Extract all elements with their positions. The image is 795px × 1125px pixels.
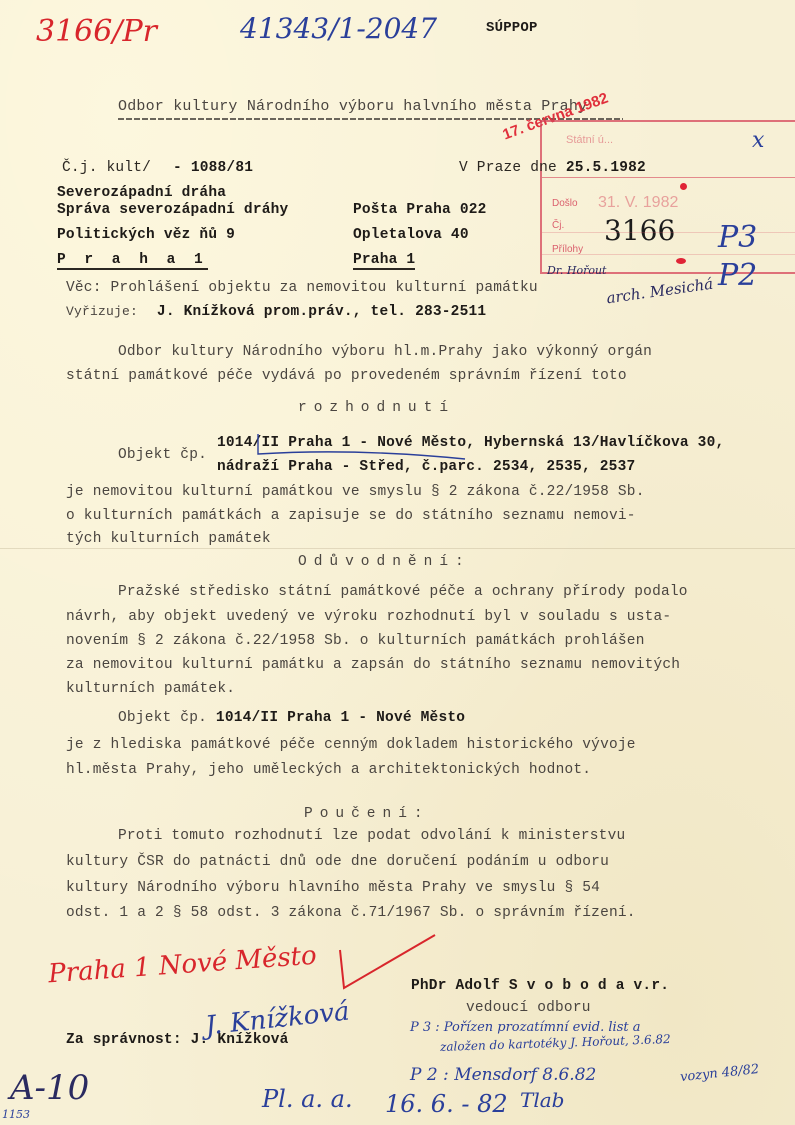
small-reference: 1153 (2, 1108, 30, 1121)
subject-text: Prohlášení objektu za nemovitou kulturní… (111, 280, 538, 296)
case-ref-number: - 1088/81 (173, 160, 253, 176)
ink-blot (676, 258, 686, 264)
decision-line-3: tých kulturních památek (66, 531, 271, 547)
instruction-line-3: kultury Národního výboru hlavního města … (66, 880, 600, 896)
addressee-line-2: Správa severozápadní dráhy (57, 202, 288, 218)
instruction-line-2: kultury ČSR do patnácti dnů ode dne doru… (66, 854, 609, 870)
post-line-3: Praha 1 (353, 252, 415, 270)
stamp-divider (542, 177, 795, 178)
blue-mark-x: x (752, 128, 764, 153)
decision-heading: rozhodnutí (298, 400, 455, 416)
post-line-1: Pošta Praha 022 (353, 202, 487, 218)
case-ref-prefix: Č.j. kult/ (62, 160, 151, 176)
instruction-heading: Poučení: (304, 806, 430, 822)
ink-blot (680, 183, 687, 190)
organization-stamp-text: SÚPPOP (486, 20, 538, 36)
reason-line-5: kulturních památek. (66, 681, 235, 697)
stamp-cj-label: Čj. (552, 220, 564, 231)
place-date-prefix: V Praze dne (459, 160, 557, 176)
object-label: Objekt čp. (118, 447, 207, 463)
object-repeat-value: 1014/II Praha 1 - Nové Město (216, 710, 465, 726)
post-line-2: Opletalova 40 (353, 227, 469, 243)
handler-label: Vyřizuje: (66, 304, 138, 319)
object-repeat-label: Objekt čp. (118, 710, 207, 726)
addressee-line-4: P r a h a 1 (57, 252, 208, 270)
stamp-received-date: 31. V. 1982 (598, 194, 678, 212)
intro-line-1: Odbor kultury Národního výboru hl.m.Prah… (118, 344, 652, 360)
bottom-date: 16. 6. - 82 (385, 1090, 508, 1118)
decision-line-2: o kulturních památkách a zapisuje se do … (66, 508, 636, 524)
red-reference-number: 3166/Pr (36, 14, 157, 49)
reason-line-3: novením § 2 zákona č.22/1958 Sb. o kultu… (66, 633, 645, 649)
handwritten-dr-name: Dr. Hořout (547, 264, 606, 277)
reason-line-1: Pražské středisko státní památkové péče … (118, 584, 688, 600)
reason-heading: Odůvodnění: (298, 554, 471, 570)
blue-mark-p2: P2 (718, 258, 757, 293)
bottom-initials: Pl. a. a. (262, 1085, 353, 1113)
addressee-line-3: Politických věz ňů 9 (57, 227, 235, 243)
stamp-received-label: Došlo (552, 198, 578, 209)
bottom-signature: Tlab (520, 1088, 564, 1112)
stamp-office-label: Státní ú... (566, 134, 613, 146)
p3-note-line-1: P 3 : Pořízen prozatímní evid. list a (410, 1020, 640, 1035)
subject-line: Věc: Prohlášení objektu za nemovitou kul… (66, 280, 538, 296)
place-date: V Praze dne 25.5.1982 (459, 160, 646, 176)
handler-line: Vyřizuje: J. Knížková prom.práv., tel. 2… (66, 304, 486, 320)
decision-line-1: je nemovitou kulturní památkou ve smyslu… (66, 484, 645, 500)
p2-note: P 2 : Mensdorf 8.6.82 (410, 1065, 596, 1085)
object-repeat: Objekt čp. 1014/II Praha 1 - Nové Město (118, 710, 465, 726)
document-header: Odbor kultury Národního výboru halvního … (118, 98, 587, 115)
signatory-role: vedoucí odboru (466, 1000, 591, 1016)
handler-value: J. Knížková prom.práv., tel. 283-2511 (157, 304, 486, 320)
blue-pen-underline (255, 432, 470, 462)
instruction-line-1: Proti tomuto rozhodnutí lze podat odvolá… (118, 828, 625, 844)
archive-code: A-10 (10, 1068, 89, 1108)
blue-mark-p3: P3 (718, 220, 757, 255)
reason-line-4: za nemovitou kulturní památku a zapsán d… (66, 657, 680, 673)
blue-reference-number: 41343/1-2047 (240, 12, 437, 45)
addressee-line-1: Severozápadní dráha (57, 185, 226, 201)
value-line-1: je z hlediska památkové péče cenným dokl… (66, 737, 636, 753)
instruction-line-4: odst. 1 a 2 § 58 odst. 3 zákona č.71/196… (66, 905, 636, 921)
reason-line-2: návrh, aby objekt uvedený ve výroku rozh… (66, 609, 671, 625)
document-date: 25.5.1982 (566, 160, 646, 176)
stamp-cj-number: 3166 (604, 214, 675, 247)
verification-label: Za správnost: (66, 1032, 182, 1048)
subject-label: Věc: (66, 280, 102, 296)
signatory-name: PhDr Adolf S v o b o d a v.r. (411, 978, 669, 994)
case-reference: Č.j. kult/- 1088/81 (62, 160, 253, 176)
intro-line-2: státní památkové péče vydává po proveden… (66, 368, 627, 384)
value-line-2: hl.města Prahy, jeho uměleckých a archit… (66, 762, 591, 778)
paper-fold-crease (0, 548, 795, 549)
